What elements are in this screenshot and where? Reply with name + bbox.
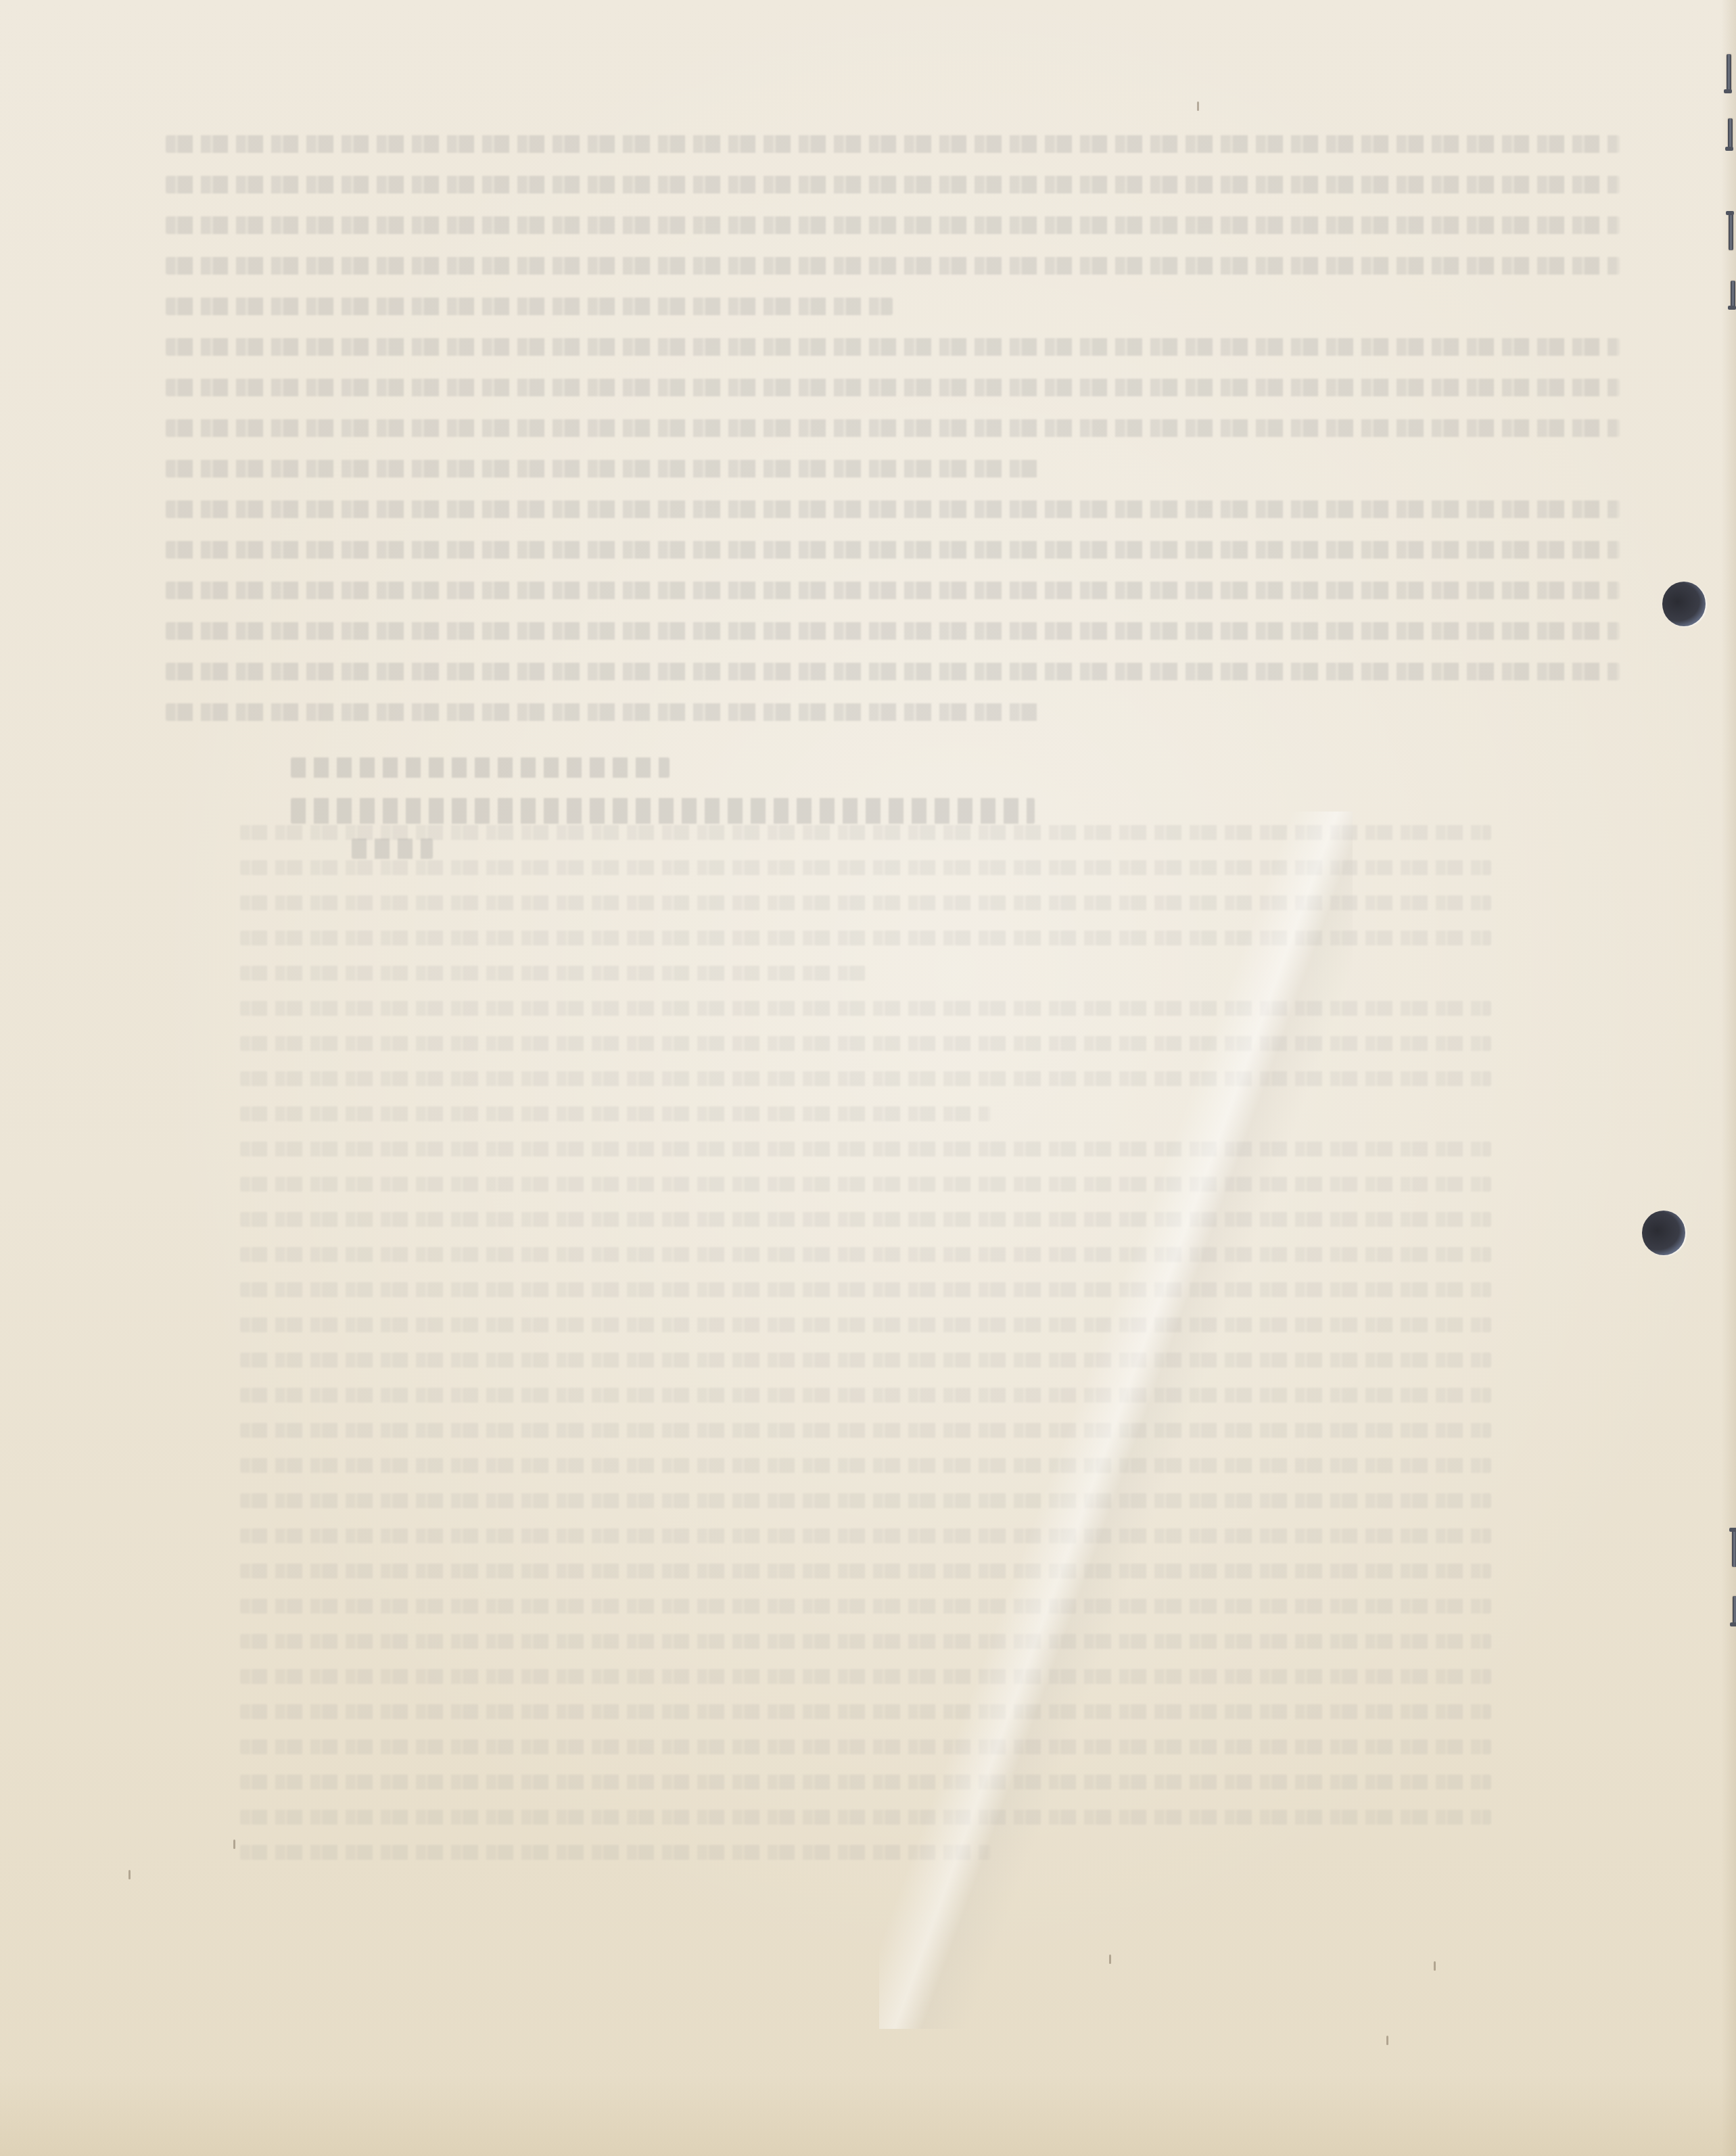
- document-page: [0, 0, 1736, 2156]
- bleed-through-line: [240, 1071, 1491, 1086]
- bleed-through-line: [240, 1845, 991, 1860]
- bleed-through-line: [240, 1001, 1491, 1016]
- bleed-through-line: [166, 663, 1620, 680]
- staple: [1731, 281, 1735, 308]
- bleed-through-line: [240, 1599, 1491, 1614]
- staple: [1727, 54, 1731, 91]
- bleed-through-line: [166, 298, 893, 315]
- bleed-through-line: [240, 1036, 1491, 1051]
- bleed-through-line: [166, 176, 1620, 193]
- bleed-through-line: [166, 257, 1620, 275]
- bleed-through-line: [166, 419, 1620, 437]
- bleed-through-line: [240, 1247, 1491, 1262]
- binder-punch-hole: [1642, 1211, 1685, 1255]
- bleed-through-line: [166, 622, 1620, 640]
- page-bottom-yellowing: [0, 2075, 1736, 2156]
- bleed-through-line: [166, 216, 1620, 234]
- bleed-through-line: [240, 1142, 1491, 1156]
- binder-punch-hole: [1662, 582, 1706, 626]
- staple: [1729, 213, 1733, 250]
- bleed-through-line: [166, 338, 1620, 356]
- bleed-through-line: [166, 703, 1038, 721]
- bleed-through-line: [166, 379, 1620, 396]
- bleed-through-line: [240, 1528, 1491, 1543]
- bleed-through-line: [240, 1212, 1491, 1227]
- bleed-through-line: [240, 1388, 1491, 1403]
- bleed-through-line: [240, 931, 1491, 945]
- bleed-through-line: [240, 1106, 991, 1121]
- bleed-through-line: [240, 1317, 1491, 1332]
- bleed-through-line: [240, 895, 1491, 910]
- bleed-through-line: [166, 541, 1620, 559]
- bleed-through-line: [240, 860, 1491, 875]
- bleed-through-line: [240, 1177, 1491, 1192]
- bleed-through-line: [240, 825, 1491, 840]
- bleed-through-line: [240, 1810, 1491, 1825]
- bleed-through-line: [240, 1634, 1491, 1649]
- bleed-through-line: [240, 1564, 1491, 1578]
- staple: [1733, 1596, 1736, 1624]
- bleed-through-line: [240, 1423, 1491, 1438]
- bleed-through-line: [240, 1493, 1491, 1508]
- bleed-through-line: [166, 500, 1620, 518]
- staple: [1728, 118, 1733, 149]
- bleed-through-upper-text-block: [166, 135, 1620, 744]
- bleed-through-line: [240, 1669, 1491, 1684]
- bleed-through-line: [240, 1353, 1491, 1367]
- bleed-through-line: [240, 966, 866, 981]
- bleed-through-line: [240, 1775, 1491, 1789]
- bleed-through-line: [166, 582, 1620, 599]
- bleed-through-line: [240, 1282, 1491, 1297]
- bleed-through-line: [240, 1739, 1491, 1754]
- bleed-through-lower-text-block: [240, 825, 1491, 1880]
- bleed-through-line: [166, 460, 1038, 477]
- bleed-through-line: [240, 1458, 1491, 1473]
- bleed-through-line: [240, 1704, 1491, 1719]
- bleed-through-line: [166, 135, 1620, 153]
- staple: [1732, 1530, 1736, 1567]
- page-edge-shadow: [1721, 0, 1736, 2156]
